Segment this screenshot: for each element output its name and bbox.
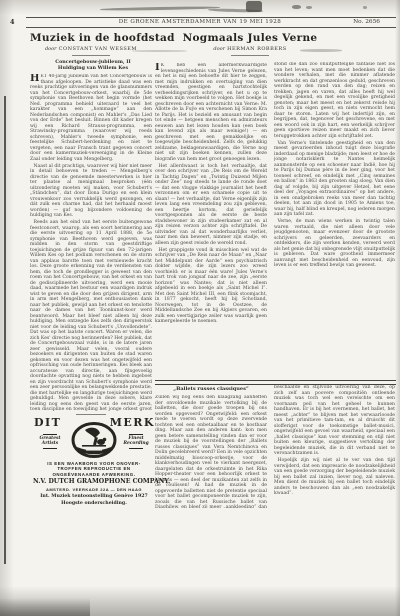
byline-prefix: door	[213, 46, 225, 52]
left-article-column: H ET 40-jarig jubileum van het Concertge…	[30, 74, 152, 412]
scan-smudge	[306, 6, 312, 9]
gramophone-advertisement: DIT MERK Greatest Artists Finest Recordi…	[33, 416, 155, 510]
scan-corner-shadow	[0, 598, 90, 616]
ad-award-line2: Hoogste onderscheiding.	[33, 501, 155, 506]
ad-dash	[43, 448, 57, 449]
paragraph: Reeds aan het eind van het eerste buiten…	[30, 220, 152, 412]
ballets-column-2: beschaafde en stijlvolle uitvoering van …	[274, 385, 395, 507]
left-article-title: Muziek in de hoofdstad	[30, 32, 152, 44]
ad-award-line1: Int. Muziek tentoonstelling Genève 1927	[33, 494, 155, 499]
header-rule-top	[26, 17, 396, 18]
issue-number: No. 2656	[353, 19, 380, 25]
scan-smudge	[292, 5, 301, 9]
ad-word-dit: DIT	[34, 416, 61, 429]
ad-tagline-right: Finest Recording	[117, 432, 155, 451]
scan-smudge	[363, 6, 367, 9]
paragraph: ET 40-jarig jubileum van het Concertgebo…	[30, 74, 152, 162]
right-article-title: Nogmaals Jules Verne	[155, 32, 345, 44]
paragraph: Naast al dit prachtigs, waarover wij hie…	[30, 164, 152, 219]
ad-dash	[129, 434, 143, 435]
byline-rule	[72, 55, 110, 56]
guarantee-line: ONGEËVENAARDE AFWERKING.	[33, 472, 155, 477]
paragraph: Het grappigste vond ik misschien wel wat…	[155, 248, 267, 325]
byline-prefix: door	[45, 46, 57, 52]
right-article-byline: door HERMAN ROBBERS	[155, 46, 345, 52]
byline-rule	[231, 55, 269, 56]
masthead: DE GROENE AMSTERDAMMER VAN 19 MEI 1928	[0, 19, 400, 25]
ad-dash	[43, 434, 57, 435]
left-article-subheading: Concertgebouw-jubileum, II Huldiging van…	[34, 60, 152, 71]
right-article-header: Nogmaals Jules Verne door HERMAN ROBBERS	[155, 32, 345, 56]
paragraph: Zullen wij nog eens den klaagzang aanhef…	[155, 395, 267, 508]
article-end-rule	[76, 414, 106, 415]
left-article-byline: door CONSTANT VAN WESSEM	[30, 46, 152, 52]
drop-cap: I	[155, 63, 160, 72]
ad-guarantee-text: IS EEN WAARBORG VOOR ONOVER- TROFFEN REP…	[33, 461, 155, 477]
newspaper-page: 4 DE GROENE AMSTERDAMMER VAN 19 MEI 1928…	[0, 0, 400, 616]
ad-dash	[129, 448, 143, 449]
scan-edge-right	[395, 0, 400, 616]
paragraph: Van Verne's tintelende geestigheid en va…	[274, 141, 395, 218]
paragraph: Verne, de man wiens werken in twintig ta…	[274, 219, 395, 269]
drop-cap: H	[30, 74, 39, 83]
scan-smudge	[246, 1, 262, 12]
tagline-line: Artists	[33, 441, 67, 446]
byline-author: CONSTANT VAN WESSEM	[59, 46, 137, 52]
ad-tagline-left: Greatest Artists	[33, 432, 67, 451]
paragraph: K heb een allermerkwaardigste levensgesc…	[155, 63, 267, 162]
paragraph: stond die dan zoo onuitputtelijke fantas…	[274, 62, 395, 139]
ad-address: AMSTERD. VEERKADE 22A — DEN HAAG	[33, 487, 155, 492]
right-article-column-1: I K heb een allermerkwaardigste levensge…	[155, 63, 267, 377]
paragraph: Hopelijk zijn wij niet al te ver van den…	[274, 458, 395, 497]
ballets-section-heading: „Ballets russes classiques”	[155, 386, 267, 392]
tagline-line: Recording	[117, 441, 155, 446]
his-masters-voice-logo-icon	[70, 421, 118, 459]
paragraph: Het allerdwaast is toch het verhaaltje, …	[155, 164, 267, 247]
subheading-line: Huldiging van Willem Kes	[34, 66, 152, 72]
scan-edge-left	[0, 0, 14, 616]
header-rule-bottom	[26, 27, 396, 28]
ad-company-name: N.V. DUTCH GRAMOPHONE COMPANY.	[33, 478, 155, 485]
byline-author: HERMAN ROBBERS	[227, 46, 287, 52]
right-article-column-2: stond die dan zoo onuitputtelijke fantas…	[274, 62, 395, 377]
paragraph: beschaafde en stijlvolle uitvoering van …	[274, 385, 395, 457]
ballets-column-1: Zullen wij nog eens den klaagzang aanhef…	[155, 395, 267, 508]
left-article-header: Muziek in de hoofdstad door CONSTANT VAN…	[30, 32, 152, 56]
